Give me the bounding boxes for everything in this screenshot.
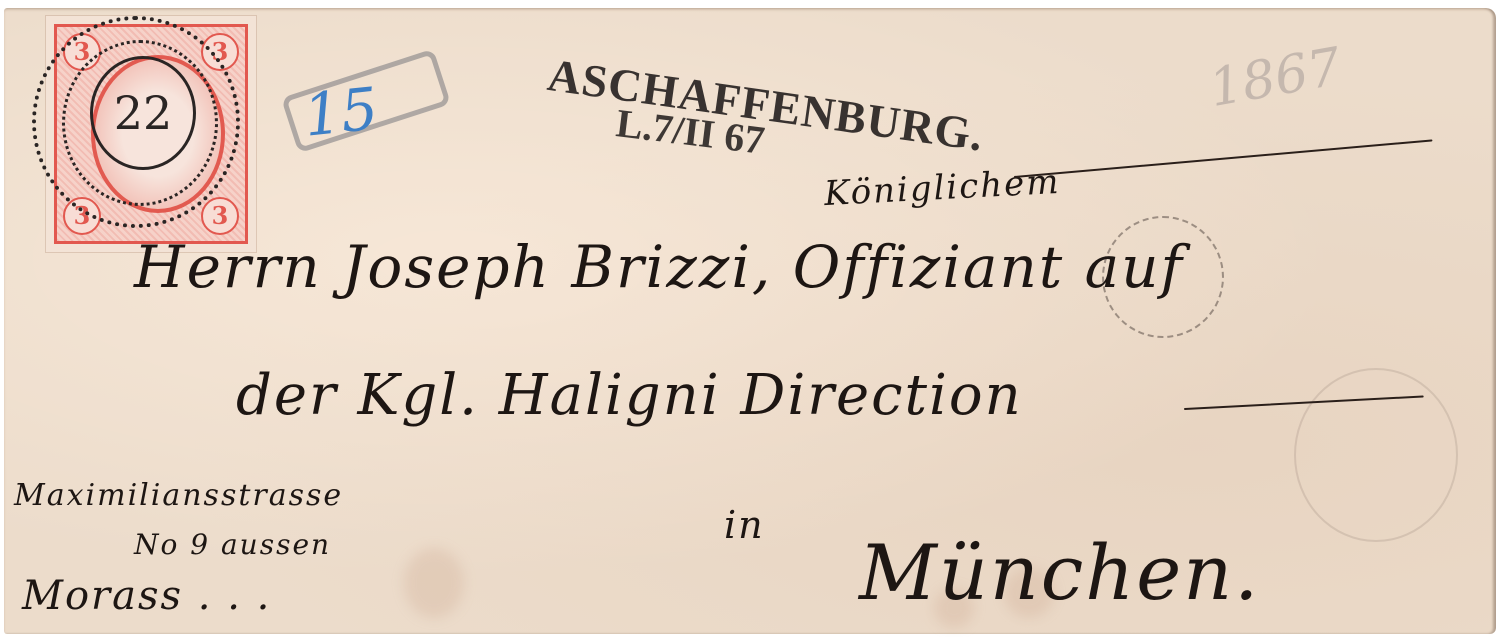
envelope: 3 3 3 3 22 15 ASCHAFFENBURG. L.7/II 67 1… [4, 8, 1496, 634]
address-line-1: Königlichem [823, 162, 1061, 214]
cancel-numeral: 22 [90, 56, 196, 170]
side-note-line-3: Morass . . . [22, 573, 271, 619]
town-postmark: ASCHAFFENBURG. [545, 48, 988, 162]
ghost-circular-mark [1294, 368, 1458, 542]
address-city: München. [859, 528, 1260, 617]
pencil-note: 1867 [1205, 37, 1346, 119]
flourish-line [1014, 139, 1433, 178]
blue-crayon-mark: 15 [301, 74, 382, 149]
address-line-2: Herrn Joseph Brizzi, Offiziant auf [134, 233, 1184, 301]
address-line-3: der Kgl. Haligni Direction [236, 363, 1023, 428]
address-line-4-prefix: in [724, 503, 765, 547]
stain [404, 548, 464, 618]
postage-stamp: 3 3 3 3 22 [46, 16, 256, 252]
side-note-line-1: Maximiliansstrasse [14, 478, 343, 513]
denomination-bottom-right: 3 [201, 197, 239, 235]
side-note-line-2: No 9 aussen [134, 528, 331, 561]
